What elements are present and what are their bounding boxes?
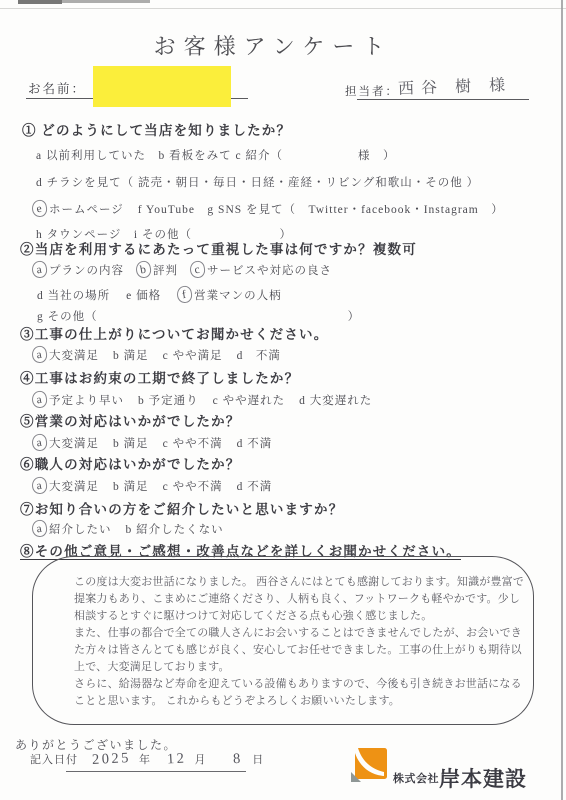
handwritten-circle: a <box>31 433 49 452</box>
day-unit: 日 <box>252 751 264 767</box>
q2-option-a-selected: aプランの内容 <box>32 261 124 278</box>
handwritten-circle: a <box>31 345 49 364</box>
handwritten-circle: a <box>31 519 49 538</box>
question-3-heading: ③工事の仕上がりについてお聞かせください。 <box>20 323 328 343</box>
option-text: e 価格 <box>126 287 161 303</box>
option-text: 紹介したい <box>49 521 112 537</box>
year-unit: 年 <box>139 751 151 767</box>
handwritten-circle: a <box>31 476 49 495</box>
q5-option-a-selected: a大変満足 <box>32 434 99 451</box>
staff-underline <box>357 99 529 100</box>
comment-line: 提案力もあり、こまめにご連絡くださり、人柄も良く、フットワークも軽やかです。少し <box>74 591 524 608</box>
option-text: g その他（ ） <box>37 308 360 324</box>
date-label: 記入日付 <box>30 751 78 767</box>
comment-line: この度は大変お世話になりました。 西谷さんにはとても感謝しております。知識が豊富… <box>74 574 524 591</box>
q1-option-e-selected: eホームページ <box>32 200 124 217</box>
scan-artifact-top-left <box>18 0 62 4</box>
option-text: b 予定通り <box>138 392 199 408</box>
scan-artifact-top <box>62 0 150 3</box>
scan-hairline <box>0 8 566 9</box>
option-text: ホームページ <box>49 201 124 217</box>
option-text: b 満足 <box>113 347 149 363</box>
company-prefix: 株式会社 <box>393 770 439 786</box>
handwritten-circle: a <box>31 390 49 409</box>
month-unit: 月 <box>195 751 207 767</box>
date-row: 記入日付 2025 年 12 月 8 日 <box>30 751 264 768</box>
q7-option-a-selected: a紹介したい <box>32 520 112 537</box>
option-text: b 満足 <box>113 435 149 451</box>
comment-line: 相談するとすぐに駆けつけて対応してくださる点も心強く感じました。 <box>74 608 524 625</box>
option-text: 営業マンの人柄 <box>194 287 282 303</box>
q3-option-a-selected: a大変満足 <box>32 346 99 363</box>
comment-handwritten-text: この度は大変お世話になりました。 西谷さんにはとても感謝しております。知識が豊富… <box>74 574 524 710</box>
option-text: c やや不満 <box>163 478 223 494</box>
question-4-heading: ④工事はお約束の工期で終了しましたか？ <box>20 367 299 387</box>
q2-option-b-selected: b評判 <box>136 261 178 278</box>
option-text: c やや不満 <box>163 435 223 451</box>
scanned-survey-page: お客様アンケート お名前： 担当者： 西谷 樹 様 ① どのようにして当店を知り… <box>0 0 566 800</box>
option-text: b 紹介したくない <box>126 521 224 537</box>
question-1-heading: ① どのようにして当店を知りましたか？ <box>22 119 291 139</box>
q2-options-row2: d 当社の場所 e 価格 f営業マンの人柄 <box>37 286 282 303</box>
option-text: 評判 <box>153 262 178 278</box>
option-text: d 不満 <box>237 478 273 494</box>
company-logo-icon <box>350 747 388 790</box>
q1-options-row1: a 以前利用していた b 看板をみて c 紹介（ 様 ） <box>36 147 395 163</box>
q6-option-a-selected: a大変満足 <box>32 477 99 494</box>
heading-text: ②当店を利用するにあたって重視した事は何ですか？ <box>20 242 373 257</box>
handwritten-year: 2025 <box>92 750 132 769</box>
staff-name-handwritten: 西谷 樹 様 <box>398 72 513 99</box>
q4-options: a予定より早い b 予定通り c やや遅れた d 大変遅れた <box>32 391 372 408</box>
option-text: d 不満 <box>237 435 273 451</box>
question-7-heading: ⑦お知り合いの方をご紹介したいと思いますか？ <box>20 498 343 518</box>
option-text: c やや遅れた <box>213 392 285 408</box>
name-label: お名前： <box>28 79 86 97</box>
q2-options-row1: aプランの内容 b評判 cサービスや対応の良さ <box>32 261 332 278</box>
question-5-heading: ⑤営業の対応はいかがでしたか？ <box>20 410 241 430</box>
company-name: 株式会社 岸本建設 <box>393 769 527 790</box>
option-text: 大変満足 <box>49 347 99 363</box>
option-text: 予定より早い <box>49 392 124 408</box>
option-text: a 以前利用していた b 看板をみて c 紹介（ 様 ） <box>36 147 395 163</box>
q1-options-row2: d チラシを見て（ 読売・朝日・毎日・日経・産経・リビング和歌山・その他 ） <box>36 174 479 190</box>
q2-option-c-selected: cサービスや対応の良さ <box>190 261 332 278</box>
question-2-heading: ②当店を利用するにあたって重視した事は何ですか？複数可 <box>20 238 417 258</box>
handwritten-circle: f <box>176 285 194 304</box>
option-text: サービスや対応の良さ <box>207 262 332 278</box>
name-redaction-highlight <box>93 66 231 107</box>
handwritten-circle: c <box>189 260 207 279</box>
handwritten-month: 12 <box>167 751 187 769</box>
option-text: b 満足 <box>113 478 149 494</box>
q5-options: a大変満足 b 満足 c やや不満 d 不満 <box>32 434 272 451</box>
comment-line: ことと思います。 これからもどうぞよろしくお願いいたします。 <box>74 693 524 710</box>
q1-options-row3: eホームページ f YouTube g SNS を見て（ Twitter・fac… <box>32 200 504 217</box>
handwritten-circle: b <box>135 260 153 279</box>
q3-options: a大変満足 b 満足 c やや満足 d 不満 <box>32 346 281 363</box>
company-name-text: 岸本建設 <box>439 769 527 790</box>
question-6-heading: ⑥職人の対応はいかがでしたか？ <box>20 453 241 473</box>
q2-options-row3: g その他（ ） <box>37 308 360 324</box>
comment-line: 上で、大変満足しております。 <box>74 659 524 676</box>
q7-options: a紹介したい b 紹介したくない <box>32 520 224 537</box>
staff-label: 担当者： <box>345 83 399 99</box>
survey-title: お客様アンケート <box>0 30 546 61</box>
option-text: d チラシを見て（ 読売・朝日・毎日・日経・産経・リビング和歌山・その他 ） <box>36 174 479 190</box>
date-underline <box>66 771 246 772</box>
option-text: 大変満足 <box>49 435 99 451</box>
option-text: d 不満 <box>237 347 281 363</box>
option-text: d 大変遅れた <box>299 392 372 408</box>
handwritten-circle: a <box>31 260 49 279</box>
option-text: 大変満足 <box>49 478 99 494</box>
q4-option-a-selected: a予定より早い <box>32 391 124 408</box>
option-text: d 当社の場所 <box>37 287 110 303</box>
comment-line: た方々は皆さんとても感じが良く、安心してお任せできました。工事の仕上がりも期待以 <box>74 642 524 659</box>
option-text: f YouTube g SNS を見て（ Twitter・facebook・In… <box>138 201 504 217</box>
option-text: c やや満足 <box>163 347 223 363</box>
comment-line: また、仕事の都合で全ての職人さんにお会いすることはできませんでしたが、お会いでき <box>74 625 524 642</box>
q6-options: a大変満足 b 満足 c やや不満 d 不満 <box>32 477 272 494</box>
company-logo: 株式会社 岸本建設 <box>350 747 527 790</box>
option-text: プランの内容 <box>49 262 124 278</box>
q2-option-f-selected: f営業マンの人柄 <box>177 286 282 303</box>
handwritten-day: 8 <box>232 751 243 768</box>
comment-line: さらに、給湯器など寿命を迎えている設備もありますので、今後も引き続きお世話になる <box>74 676 524 693</box>
scan-edge-line <box>561 0 563 800</box>
handwritten-circle: e <box>31 199 49 218</box>
heading-bold-text: 複数可 <box>373 242 417 257</box>
